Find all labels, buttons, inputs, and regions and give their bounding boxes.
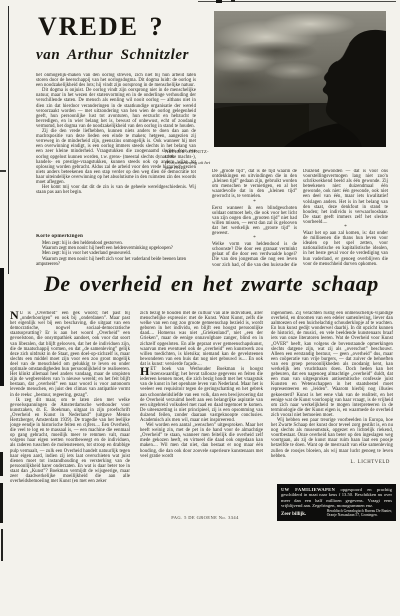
paragraph: Eerst wanneer ik een blindgeschoten sold…	[212, 206, 297, 237]
article1-byline: van Arthur Schnitzler	[36, 47, 189, 64]
article1-right-column: Duizend gewonden — dat is voor ons voors…	[303, 169, 388, 267]
portrait-photo-art	[214, 11, 386, 147]
paragraph: Duizend gewonden — dat is voor ons voors…	[303, 169, 388, 225]
paragraph-text: U is „Overheid” een gek woord; het past …	[10, 311, 130, 398]
paragraph: zich bezig te houden met de cultuur van …	[140, 311, 263, 367]
ad-footer-row: Zeer billijk. Heraldisch Genealogisch Bu…	[281, 509, 392, 518]
paragraph-text: ET boek van Wethouder Boekman is hoogst …	[140, 367, 263, 423]
drop-cap: N	[10, 311, 20, 320]
author-signature: L. LICHTVELD	[271, 460, 393, 465]
paragraph: Het komt mij voor dat dit de zin is van …	[36, 185, 196, 195]
portrait-photo	[214, 11, 386, 147]
photo-caption: ARTHUR SCHNITZ-LER (Portretteekening uit…	[165, 149, 210, 171]
article2-column-1: NU is „Overheid” een gek woord; het past…	[10, 311, 130, 483]
article2-title: De overheid en het zwarte schaap	[44, 271, 379, 297]
paragraph: De „groote tijd”, dat is de tijd waarin …	[212, 169, 297, 200]
paragraph: NU is „Overheid” een gek woord; het past…	[10, 311, 130, 398]
paragraph: Wel worden een aantal „wenschen” uitgesp…	[140, 423, 263, 459]
drop-cap: H	[140, 367, 150, 376]
heraldry-advertisement: UW FAMILIEWAPEN opgespoord en prachtig g…	[277, 484, 396, 521]
paragraph: Wij hebben een paar treurige voorbeelden…	[271, 418, 393, 459]
scan-edge-streak	[1, 529, 3, 561]
paragraph: Waar het op aan zal komen, is: dat onder…	[303, 231, 388, 267]
article1-title: VREDE ?	[38, 12, 165, 42]
scan-edge-streak	[0, 452, 3, 476]
scan-mark	[216, 0, 222, 3]
scan-edge-streak	[0, 268, 4, 386]
ad-price-note: Zeer billijk.	[281, 512, 306, 517]
paragraph: Ik zeg dit maar, om te laten zien met we…	[10, 398, 130, 483]
scan-edge-streak	[0, 483, 3, 523]
article2-column-3: ingenomen. Zij verachten rustig een onme…	[271, 311, 393, 477]
paragraph: ingenomen. Zij verachten rustig een onme…	[271, 311, 393, 418]
column-rule	[8, 6, 9, 274]
ad-headline: UW FAMILIEWAPEN	[281, 487, 335, 492]
article1-middle-column: De „groote tijd”, dat is de tijd waarin …	[212, 169, 297, 267]
paragraph: HET boek van Wethouder Boekman is hoogst…	[140, 367, 263, 423]
page-footer: PAG. 5 DE GROENE No. 3344	[140, 515, 270, 520]
photo-caption-detail: (Portretteekening uit het jaar 1912)	[165, 160, 210, 171]
scan-mark	[231, 0, 235, 2]
remarks-heading: Korte opmerkingen	[36, 234, 196, 239]
photo-caption-name: ARTHUR SCHNITZ-LER	[165, 149, 210, 160]
ad-bureau-street: Oranje Nassaulaan 57, Groningen.	[327, 513, 392, 517]
newspaper-page: VREDE ? van Arthur Schnitzler het onmoge…	[0, 0, 400, 616]
scan-edge-line	[198, 1, 396, 2]
remark-line: Waarom zegt men nooit: hij heeft zich vo…	[36, 257, 196, 268]
paragraph: Welke vorm van heldendood is de schoonst…	[212, 242, 297, 267]
paragraph: Dit dogma is onjuist. De oorlog vindt zi…	[36, 88, 196, 129]
paragraph: het onmogelijk-maken van den oorlog stre…	[36, 73, 196, 88]
short-remarks-section: Korte opmerkingen Men zegt: hij is den h…	[36, 234, 196, 270]
scan-mark	[0, 170, 6, 172]
ad-bureau-address: Heraldisch Genealogisch Bureau De Banier…	[324, 509, 392, 518]
article2-column-2: zich bezig te houden met de cultuur van …	[140, 311, 263, 507]
